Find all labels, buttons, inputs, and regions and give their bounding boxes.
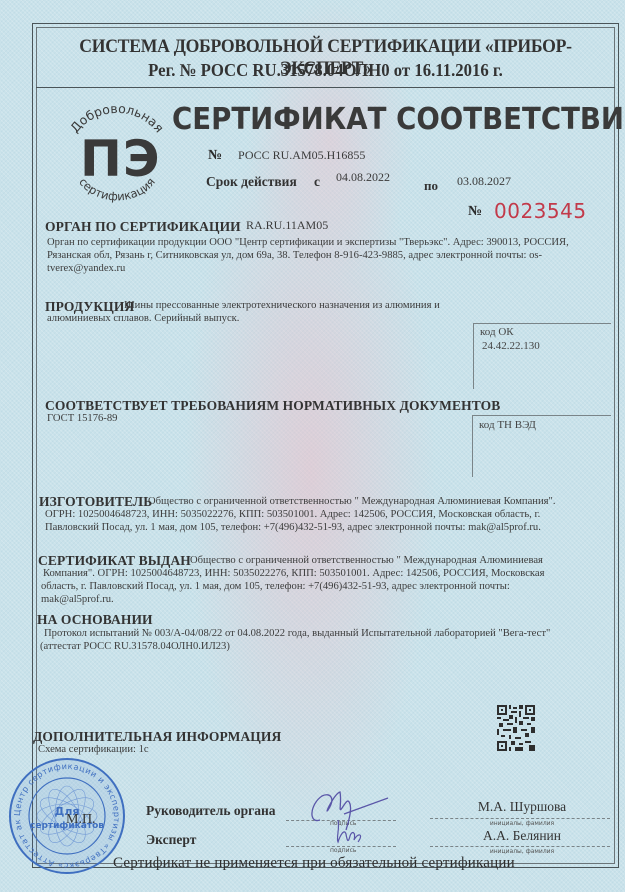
valid-from-date: 04.08.2022 [336,170,390,185]
header-divider [36,87,615,88]
certification-body-code: RA.RU.11АМ05 [246,218,328,233]
tnved-code-box: код ТН ВЭД [472,415,611,477]
serial-number-label: № [468,204,482,220]
certification-body-line: Орган по сертификации продукции ООО "Цен… [47,236,569,249]
voluntary-certification-note: Сертификат не применяется при обязательн… [113,855,515,872]
expert-signature-caption: подпись [330,847,356,854]
certification-body-heading: ОРГАН ПО СЕРТИФИКАЦИИ [45,219,241,235]
product-description-line1: Шины прессованные электротехнического на… [124,299,440,312]
tnved-code-label: код ТН ВЭД [479,419,536,431]
expert-name-line [430,846,610,847]
certification-scheme: Схема сертификации: 1с [38,743,149,756]
validity-label: Срок действия [206,174,297,190]
expert-signature-icon [332,818,372,848]
manufacturer-line2: ОГРН: 1025004648723, ИНН: 5035022276, КП… [45,508,540,521]
expert-label: Эксперт [146,832,196,848]
valid-to-label: по [424,178,438,194]
head-name-caption: инициалы, фамилия [452,820,592,827]
expert-name-caption: инициалы, фамилия [452,848,592,855]
certificate-number: РОСС RU.АМ05.Н16855 [238,148,365,163]
issued-to-line1: Общество с ограниченной ответственностью… [190,554,543,567]
ok-code-value: 24.42.22.130 [482,340,540,352]
valid-to-date: 03.08.2027 [457,174,511,189]
head-name-line [430,818,610,819]
certification-body-line: tverex@yandex.ru [47,262,569,275]
issued-to-line3: область, г. Павловский Посад, ул. 1 мая,… [41,580,510,593]
basis-heading: НА ОСНОВАНИИ [37,612,153,628]
certificate-number-label: № [208,148,222,164]
serial-number: 0023545 [494,199,587,223]
certification-body-line: Рязанская обл, Рязань г, Ситниковская ул… [47,249,569,262]
head-of-body-label: Руководитель органа [146,803,276,819]
qr-code-icon [497,705,535,751]
pe-logo: Добровольная сертификация ПЭ [52,100,182,210]
issued-to-line2: Компания". ОГРН: 1025004648723, ИНН: 503… [43,567,545,580]
product-description-line2: алюминиевых сплавов. Серийный выпуск. [47,312,239,325]
manufacturer-line1: Общество с ограниченной ответственностью… [148,495,555,508]
certification-body-details: Орган по сертификации продукции ООО "Цен… [47,236,569,275]
seal-place-label: М.П. [66,812,96,828]
document-title: СЕРТИФИКАТ СООТВЕТСТВИЯ [172,102,568,137]
ok-code-box: код ОК 24.42.22.130 [473,323,611,389]
basis-line1: Протокол испытаний № 003/А-04/08/22 от 0… [44,627,550,640]
qr-code[interactable] [497,705,535,751]
system-registration-number: Рег. № РОСС RU.31578.04ОЛН0 от 16.11.201… [56,60,594,81]
head-of-body-name: М.А. Шуршова [452,799,592,815]
pe-logo-mark: ПЭ [80,130,161,188]
valid-from-label: с [314,174,320,190]
manufacturer-line3: Павловский Посад, ул. 1 мая, дом 105, те… [45,521,541,534]
issued-to-line4: mak@al5prof.ru. [41,593,114,606]
ok-code-label: код ОК [480,326,514,338]
expert-name: А.А. Белянин [452,828,592,844]
compliance-standard: ГОСТ 15176-89 [47,412,117,425]
basis-line2: (аттестат РОСС RU.31578.04ОЛН0.ИЛ23) [40,640,230,653]
